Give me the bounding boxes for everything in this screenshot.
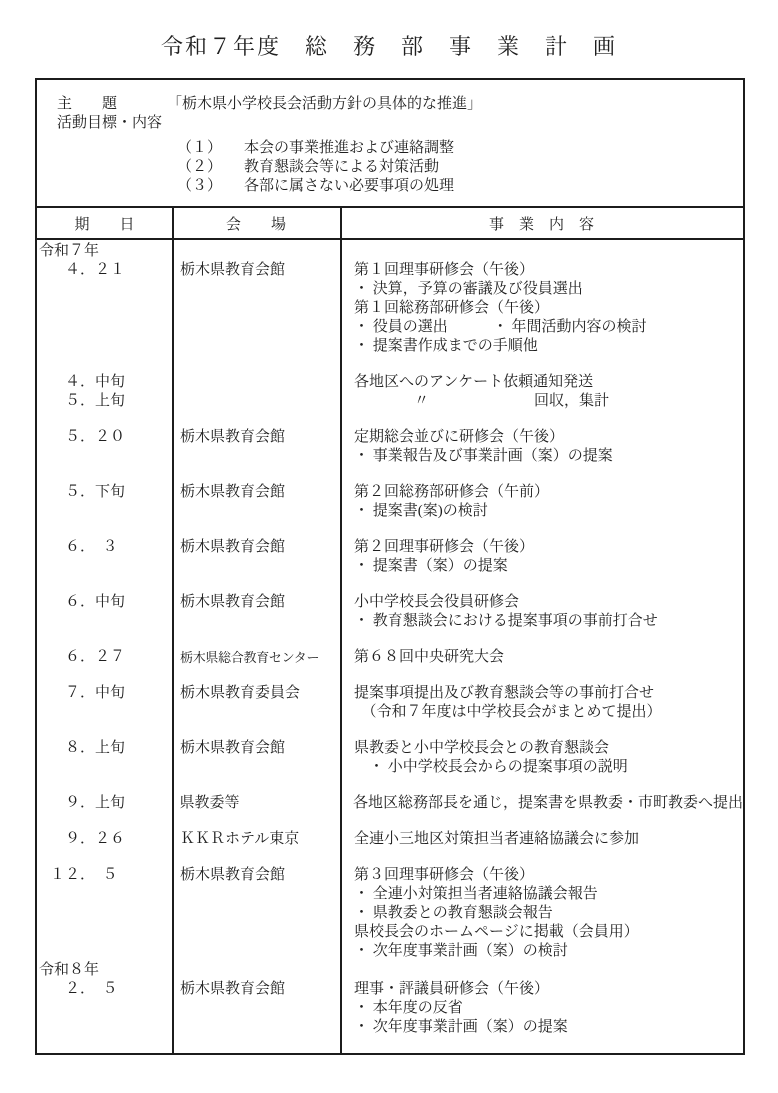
entry-date: ９．２６: [37, 830, 172, 849]
content-line: ・ 提案書(案)の検討: [354, 502, 743, 521]
content-line: 提案事項提出及び教育懇談会等の事前打合せ: [354, 684, 743, 703]
content-line: 第２回総務部研修会（午前）: [354, 483, 743, 502]
content-line: 定期総会並びに研修会（午後）: [354, 428, 743, 447]
content-line: ・ 小中学校長会からの提案事項の説明: [354, 758, 743, 777]
entry-content-cell: 提案事項提出及び教育懇談会等の事前打合せ （令和７年度は中学校長会がまとめて提出…: [340, 684, 743, 722]
goal-number: （２）: [177, 158, 244, 177]
entry-date-cell: ４．中旬 ５．上旬: [37, 373, 172, 411]
entry-date: ６．中旬: [37, 593, 172, 612]
schedule-entry: ５．下旬栃木県教育会館第２回総務部研修会（午前）・ 提案書(案)の検討: [37, 483, 743, 521]
schedule-table: 期 日 会 場 事 業 内 容 令和７年 ４．２１栃木県教育会館第１回理事研修会…: [37, 206, 743, 1053]
entry-venue: 栃木県教育会館: [180, 980, 340, 999]
entry-date-cell: 令和７年 ４．２１: [37, 242, 172, 356]
entry-venue-cell: 栃木県教育会館: [172, 483, 340, 521]
entry-date: ５．２０: [37, 428, 172, 447]
content-line: ・ 提案書作成までの手順他: [354, 337, 743, 356]
entry-date: ９．上旬: [37, 794, 172, 813]
subject-label: 主 題: [57, 95, 167, 114]
header-venue: 会 場: [172, 213, 340, 234]
entry-venue: 栃木県教育会館: [180, 739, 340, 758]
entry-date: １２． ５: [37, 866, 172, 885]
goals-list: （１）本会の事業推進および連絡調整（２）教育懇談会等による対策活動（３）各部に属…: [57, 139, 725, 196]
entry-content-cell: 第３回理事研修会（午後）・ 全連小対策担当者連絡協議会報告・ 県教委との教育懇談…: [340, 866, 743, 961]
content-line: ・ 県教委との教育懇談会報告: [354, 904, 743, 923]
entry-content-cell: 各地区へのアンケート依頼通知発送 〃 回収，集計: [340, 373, 743, 411]
entry-content-cell: 第２回総務部研修会（午前）・ 提案書(案)の検討: [340, 483, 743, 521]
entry-date-cell: ９．上旬: [37, 794, 172, 813]
entry-date-cell: １２． ５: [37, 866, 172, 961]
entry-venue: 栃木県教育会館: [180, 261, 340, 280]
goal-item-1: （１）本会の事業推進および連絡調整: [177, 139, 725, 158]
entry-venue-cell: 栃木県教育会館: [172, 593, 340, 631]
schedule-entry: ９．上旬県教委等各地区総務部長を通じ，提案書を県教委・市町教委へ提出: [37, 794, 743, 813]
entry-date-cell: ６． ３: [37, 538, 172, 576]
schedule-entry: ９．２６ＫＫＲホテル東京全連小三地区対策担当者連絡協議会に参加: [37, 830, 743, 849]
column-divider-1: [172, 208, 174, 1053]
content-line: ・ 決算，予算の審議及び役員選出: [354, 280, 743, 299]
content-line: 第２回理事研修会（午後）: [354, 538, 743, 557]
table-header-row: 期 日 会 場 事 業 内 容: [37, 208, 743, 240]
header-date: 期 日: [37, 213, 172, 234]
entry-content-cell: 小中学校長会役員研修会・ 教育懇談会における提案事項の事前打合せ: [340, 593, 743, 631]
content-line: （令和７年度は中学校長会がまとめて提出）: [354, 703, 743, 722]
entry-content-cell: 定期総会並びに研修会（午後）・ 事業報告及び事業計画（案）の提案: [340, 428, 743, 466]
content-line: 県校長会のホームページに掲載（会員用）: [354, 923, 743, 942]
content-line: ・ 教育懇談会における提案事項の事前打合せ: [354, 612, 743, 631]
content-line: 〃 回収，集計: [354, 392, 743, 411]
content-line: 各地区へのアンケート依頼通知発送: [354, 373, 743, 392]
content-line: 第３回理事研修会（午後）: [354, 866, 743, 885]
content-line: 各地区総務部長を通じ，提案書を県教委・市町教委へ提出: [353, 794, 743, 813]
content-line: ・ 提案書（案）の提案: [354, 557, 743, 576]
goals-label: 活動目標・内容: [57, 114, 725, 133]
entry-date: ２． ５: [37, 980, 172, 999]
entry-date: ４．中旬: [37, 373, 172, 392]
entry-venue-cell: 栃木県教育委員会: [172, 684, 340, 722]
content-line: ・ 事業報告及び事業計画（案）の提案: [354, 447, 743, 466]
entry-venue-cell: 栃木県教育会館: [172, 739, 340, 777]
entry-date: ５．上旬: [37, 392, 172, 411]
column-divider-2: [340, 208, 342, 1053]
goal-item-3: （３）各部に属さない必要事項の処理: [177, 177, 725, 196]
schedule-entry: ４．中旬 ５．上旬各地区へのアンケート依頼通知発送 〃 回収，集計: [37, 373, 743, 411]
header-content: 事 業 内 容: [340, 213, 743, 234]
schedule-entry: １２． ５栃木県教育会館第３回理事研修会（午後）・ 全連小対策担当者連絡協議会報…: [37, 866, 743, 961]
table-body: 令和７年 ４．２１栃木県教育会館第１回理事研修会（午後）・ 決算，予算の審議及び…: [37, 240, 743, 1055]
entry-date-cell: ６．２７: [37, 648, 172, 667]
entry-venue-cell: 栃木県教育会館: [172, 242, 340, 356]
content-line: ・ 本年度の反省: [354, 999, 743, 1018]
entry-date-cell: ７．中旬: [37, 684, 172, 722]
schedule-entry: ８．上旬栃木県教育会館県教委と小中学校長会との教育懇談会 ・ 小中学校長会からの…: [37, 739, 743, 777]
schedule-entry: ６．２７栃木県総合教育センター第６８回中央研究大会: [37, 648, 743, 667]
content-line: ・ 全連小対策担当者連絡協議会報告: [354, 885, 743, 904]
goal-text: 本会の事業推進および連絡調整: [244, 139, 454, 158]
page-title: 令和７年度 総 務 部 事 業 計 画: [0, 30, 778, 61]
entry-venue: 栃木県教育会館: [180, 483, 340, 502]
subject-value: 「栃木県小学校長会活動方針の具体的な推進」: [167, 95, 482, 114]
content-line: ・ 次年度事業計画（案）の検討: [354, 942, 743, 961]
entry-content-cell: 理事・評議員研修会（午後）・ 本年度の反省・ 次年度事業計画（案）の提案: [340, 961, 743, 1037]
entry-content-cell: 第２回理事研修会（午後）・ 提案書（案）の提案: [340, 538, 743, 576]
content-line: 小中学校長会役員研修会: [354, 593, 743, 612]
entry-content-cell: 第６８回中央研究大会: [340, 648, 743, 667]
subject-row: 主 題 「栃木県小学校長会活動方針の具体的な推進」: [57, 95, 725, 114]
entry-date-cell: ６．中旬: [37, 593, 172, 631]
entry-date: ８．上旬: [37, 739, 172, 758]
goal-number: （３）: [177, 177, 244, 196]
entry-date-cell: ８．上旬: [37, 739, 172, 777]
entry-date: ６．２７: [37, 648, 172, 667]
entry-venue-cell: ＫＫＲホテル東京: [172, 830, 340, 849]
entry-year: 令和７年: [37, 242, 172, 261]
content-line: 第１回理事研修会（午後）: [354, 261, 743, 280]
content-line: 第６８回中央研究大会: [354, 648, 743, 667]
content-line: ・ 役員の選出 ・ 年間活動内容の検討: [354, 318, 743, 337]
goal-text: 教育懇談会等による対策活動: [244, 158, 439, 177]
entry-date: ７．中旬: [37, 684, 172, 703]
entry-venue: 栃木県教育会館: [180, 593, 340, 612]
entry-year: 令和８年: [37, 961, 172, 980]
entry-content-cell: 第１回理事研修会（午後）・ 決算，予算の審議及び役員選出第１回総務部研修会（午後…: [340, 242, 743, 356]
schedule-entry: ７．中旬栃木県教育委員会提案事項提出及び教育懇談会等の事前打合せ （令和７年度は…: [37, 684, 743, 722]
entry-content-cell: 県教委と小中学校長会との教育懇談会 ・ 小中学校長会からの提案事項の説明: [340, 739, 743, 777]
entry-venue-cell: 栃木県教育会館: [172, 428, 340, 466]
schedule-entry: 令和８年 ２． ５栃木県教育会館理事・評議員研修会（午後）・ 本年度の反省・ 次…: [37, 961, 743, 1037]
goal-item-2: （２）教育懇談会等による対策活動: [177, 158, 725, 177]
entry-date-cell: 令和８年 ２． ５: [37, 961, 172, 1037]
entry-venue: ＫＫＲホテル東京: [180, 830, 340, 849]
schedule-entry: 令和７年 ４．２１栃木県教育会館第１回理事研修会（午後）・ 決算，予算の審議及び…: [37, 242, 743, 356]
entry-venue-cell: 栃木県総合教育センター: [172, 648, 340, 667]
content-line: 県教委と小中学校長会との教育懇談会: [354, 739, 743, 758]
schedule-entry: ６．中旬栃木県教育会館小中学校長会役員研修会・ 教育懇談会における提案事項の事前…: [37, 593, 743, 631]
intro-section: 主 題 「栃木県小学校長会活動方針の具体的な推進」 活動目標・内容 （１）本会の…: [37, 80, 743, 206]
content-line: 全連小三地区対策担当者連絡協議会に参加: [354, 830, 743, 849]
goal-number: （１）: [177, 139, 244, 158]
entry-venue-cell: 栃木県教育会館: [172, 961, 340, 1037]
entry-venue: 栃木県総合教育センター: [180, 648, 340, 667]
entry-venue-cell: 栃木県教育会館: [172, 538, 340, 576]
entry-date-cell: ５．２０: [37, 428, 172, 466]
entry-date-cell: ９．２６: [37, 830, 172, 849]
schedule-entry: ６． ３栃木県教育会館第２回理事研修会（午後）・ 提案書（案）の提案: [37, 538, 743, 576]
entry-venue-cell: 栃木県教育会館: [172, 866, 340, 961]
entry-venue-cell: [172, 373, 340, 411]
content-line: ・ 次年度事業計画（案）の提案: [354, 1018, 743, 1037]
entry-date: ４．２１: [37, 261, 172, 280]
entry-venue: 栃木県教育委員会: [180, 684, 340, 703]
entry-content-cell: 各地区総務部長を通じ，提案書を県教委・市町教委へ提出: [339, 794, 743, 813]
entry-content-cell: 全連小三地区対策担当者連絡協議会に参加: [340, 830, 743, 849]
entry-venue: 栃木県教育会館: [180, 866, 340, 885]
entry-venue: 栃木県教育会館: [180, 428, 340, 447]
goal-text: 各部に属さない必要事項の処理: [244, 177, 454, 196]
document-frame: 主 題 「栃木県小学校長会活動方針の具体的な推進」 活動目標・内容 （１）本会の…: [35, 78, 745, 1055]
content-line: 理事・評議員研修会（午後）: [354, 980, 743, 999]
entry-venue: 県教委等: [180, 794, 339, 813]
entry-venue: 栃木県教育会館: [180, 538, 340, 557]
entry-date: ６． ３: [37, 538, 172, 557]
entry-date-cell: ５．下旬: [37, 483, 172, 521]
schedule-entry: ５．２０栃木県教育会館定期総会並びに研修会（午後）・ 事業報告及び事業計画（案）…: [37, 428, 743, 466]
entry-venue-cell: 県教委等: [172, 794, 339, 813]
content-line: 第１回総務部研修会（午後）: [354, 299, 743, 318]
entry-date: ５．下旬: [37, 483, 172, 502]
